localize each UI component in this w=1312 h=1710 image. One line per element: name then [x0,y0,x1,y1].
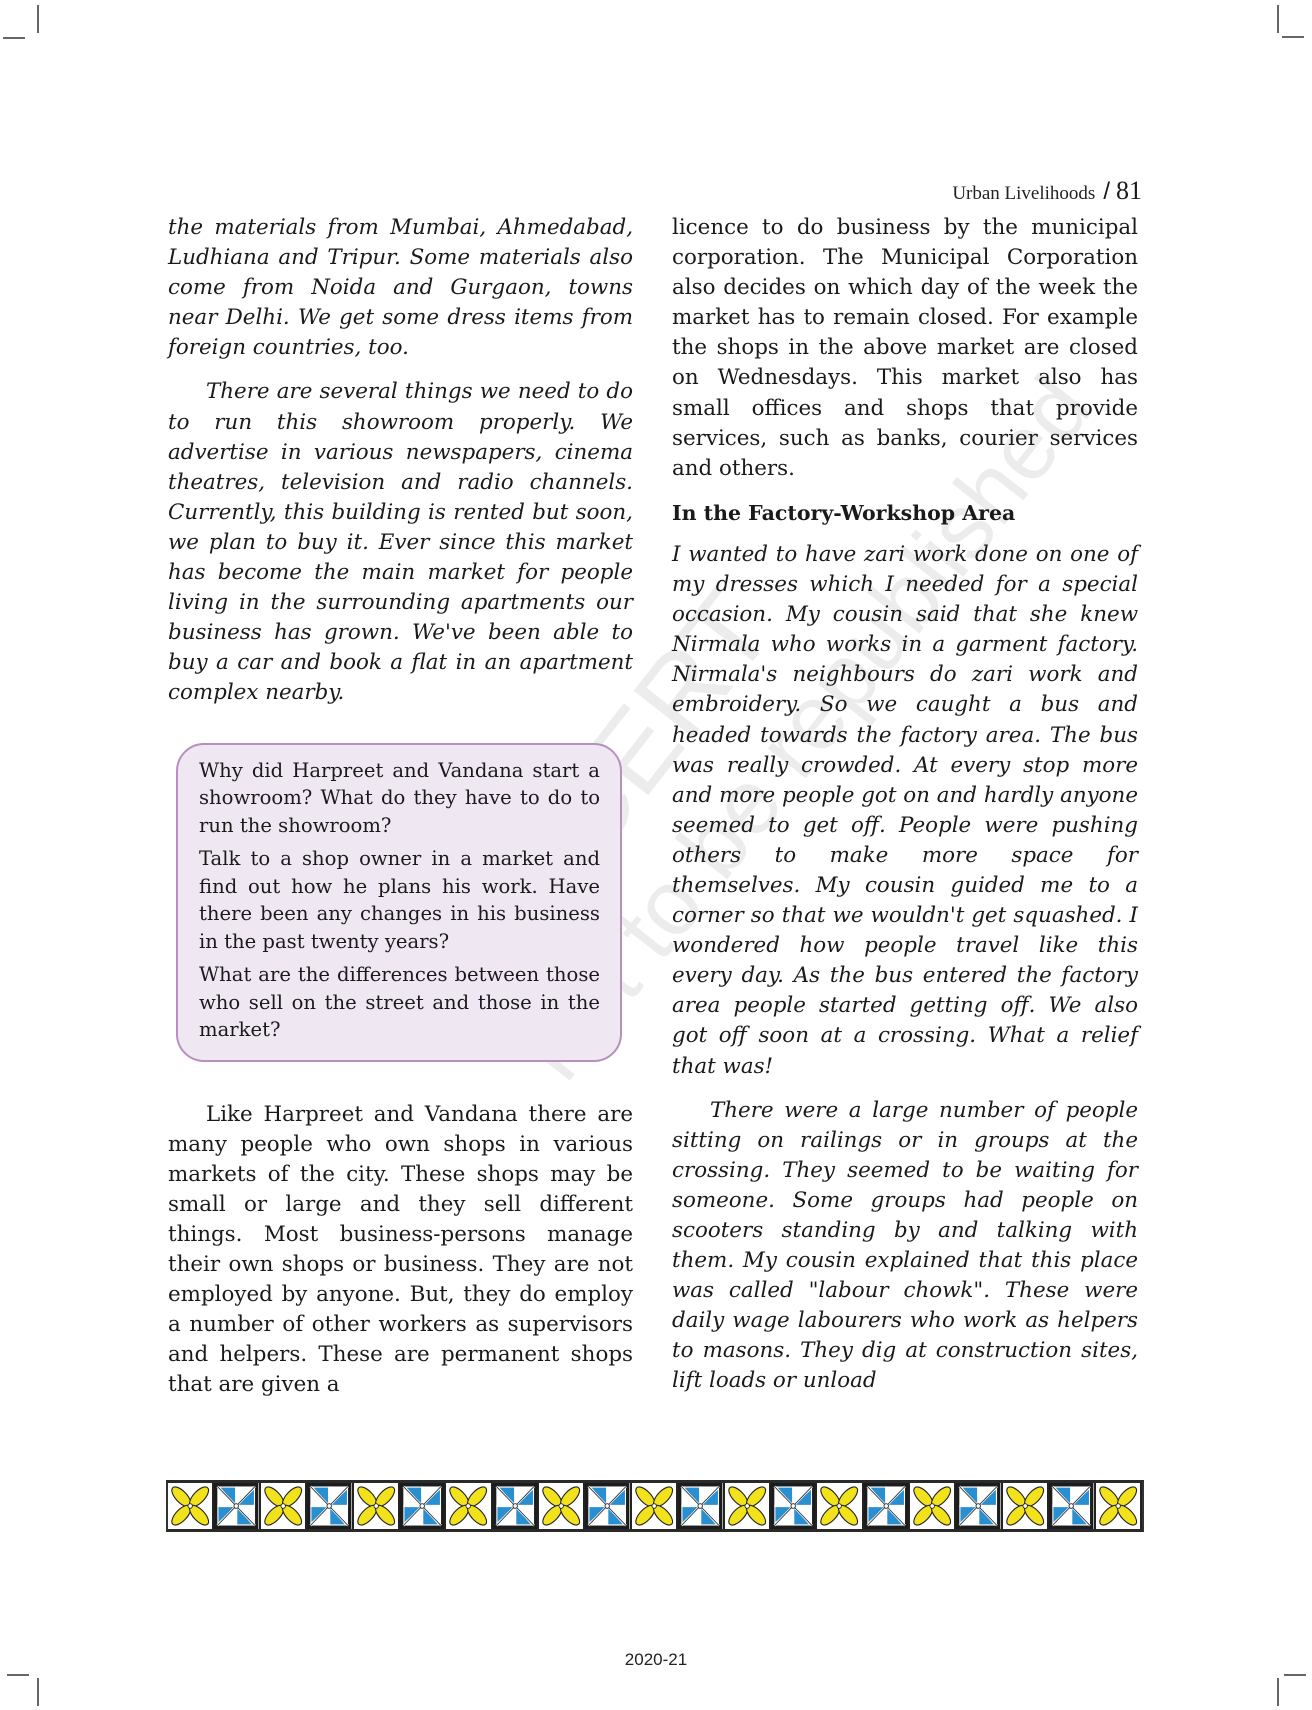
yellow-flower-tile-icon [725,1483,771,1529]
blue-flower-tile-icon [214,1483,260,1529]
blue-flower-tile-icon [678,1483,724,1529]
question-3: What are the differences between those w… [199,961,600,1044]
crop-mark-bottom-left-h [7,1674,29,1676]
yellow-flower-tile-icon [354,1483,400,1529]
blue-flower-tile-icon [864,1483,910,1529]
crop-mark-bottom-left-v [37,1678,39,1706]
chapter-title: Urban Livelihoods [952,183,1095,204]
crop-mark-bottom-right-h [1284,1674,1306,1676]
footer-year: 2020-21 [0,1650,1312,1670]
yellow-flower-tile-icon [168,1483,214,1529]
paragraph-licence: licence to do business by the municipal … [672,213,1138,484]
crop-mark-top-left-v [37,5,39,33]
yellow-flower-tile-icon [1003,1483,1049,1529]
left-column: the materials from Mumbai, Ahmedabad, Lu… [168,213,633,1400]
blue-flower-tile-icon [585,1483,631,1529]
paragraph-labour-chowk: There were a large number of people sitt… [672,1096,1138,1397]
paragraph-materials: the materials from Mumbai, Ahmedabad, Lu… [168,213,633,363]
running-header: Urban Livelihoods/81 [880,176,1142,206]
crop-mark-top-right-h [1282,36,1304,38]
crop-mark-top-right-v [1277,5,1279,33]
question-box: Why did Harpreet and Vandana start a sho… [176,743,622,1062]
question-1: Why did Harpreet and Vandana start a sho… [199,757,600,840]
crop-mark-bottom-right-v [1277,1678,1279,1706]
blue-flower-tile-icon [493,1483,539,1529]
yellow-flower-tile-icon [446,1483,492,1529]
blue-flower-tile-icon [771,1483,817,1529]
crop-mark-top-left-h [3,37,25,39]
paragraph-shop-owners: Like Harpreet and Vandana there are many… [168,1100,633,1401]
section-heading: In the Factory-Workshop Area [672,498,1138,528]
yellow-flower-tile-icon [817,1483,863,1529]
blue-flower-tile-icon [1049,1483,1095,1529]
yellow-flower-tile-icon [1096,1483,1142,1529]
blue-flower-tile-icon [400,1483,446,1529]
yellow-flower-tile-icon [910,1483,956,1529]
page-number: 81 [1116,176,1142,205]
yellow-flower-tile-icon [632,1483,678,1529]
right-column: licence to do business by the municipal … [672,213,1138,1397]
paragraph-showroom: There are several things we need to do t… [168,377,633,708]
decorative-border [166,1480,1144,1532]
yellow-flower-tile-icon [261,1483,307,1529]
yellow-flower-tile-icon [539,1483,585,1529]
blue-flower-tile-icon [307,1483,353,1529]
paragraph-zari-work: I wanted to have zari work done on one o… [672,540,1138,1082]
question-2: Talk to a shop owner in a market and fin… [199,845,600,955]
header-separator: / [1103,178,1110,205]
blue-flower-tile-icon [956,1483,1002,1529]
